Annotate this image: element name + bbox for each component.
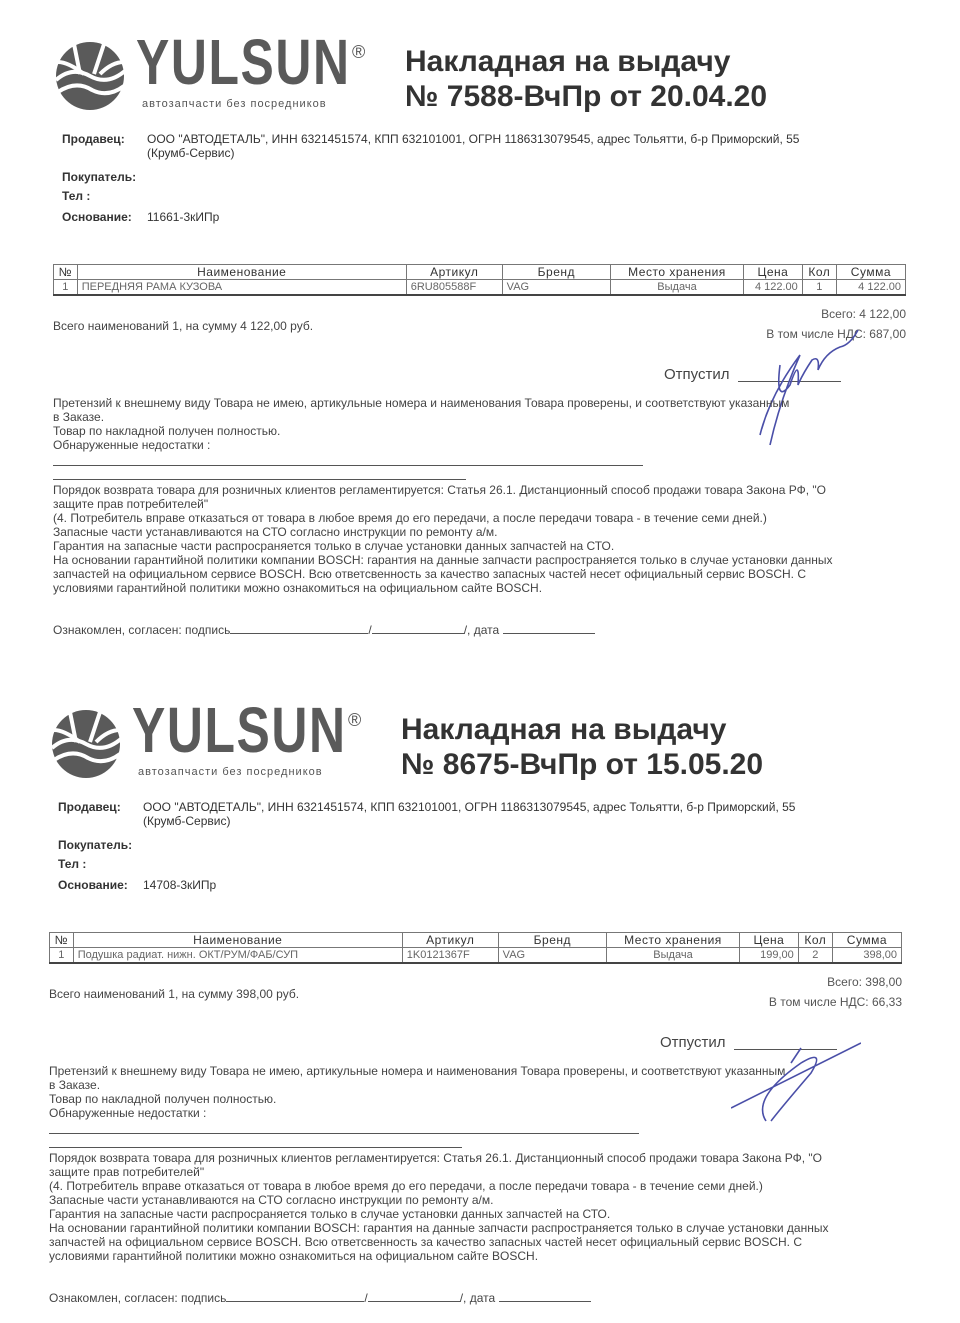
table-row: 1ПЕРЕДНЯЯ РАМА КУЗОВА6RU805588FVAGВыдача… (54, 280, 906, 296)
cell-storage: Выдача (606, 948, 739, 964)
column-header-name: Наименование (77, 265, 406, 280)
total-amount: Всего: 4 122,00 (821, 307, 906, 321)
table-body: 1ПЕРЕДНЯЯ РАМА КУЗОВА6RU805588FVAGВыдача… (54, 280, 906, 296)
return-terms: Порядок возврата товара для розничных кл… (49, 1151, 849, 1263)
claims-line: Претензий к внешнему виду Товара не имею… (49, 1064, 789, 1092)
cell-name: ПЕРЕДНЯЯ РАМА КУЗОВА (77, 280, 406, 296)
defects-line-1 (53, 465, 643, 466)
title-line-1: Накладная на выдачу (405, 44, 767, 79)
cell-qty: 1 (802, 280, 836, 296)
terms-paragraph: Запасные части устанавливаются на СТО со… (53, 525, 853, 539)
seller-branch: (Крумб-Сервис) (147, 146, 234, 160)
terms-paragraph: На основании гарантийной политики компан… (49, 1221, 849, 1263)
column-header-storage: Место хранения (610, 265, 743, 280)
acknowledgement-row: Ознакомлен, согласен: подпись//, дата (53, 622, 595, 637)
cell-number: 1 (54, 280, 78, 296)
cell-brand: VAG (502, 280, 610, 296)
cell-price: 199,00 (740, 948, 799, 964)
title-line-1: Накладная на выдачу (401, 712, 763, 747)
table-body: 1Подушка радиат. нижн. ОКТ/РУМ/ФАБ/СУП1K… (50, 948, 902, 964)
terms-paragraph: Порядок возврата товара для розничных кл… (53, 483, 853, 511)
invoice-number-date: № 8675-ВчПр от 15.05.20 (401, 747, 763, 782)
seller-row: Продавец: ООО "АВТОДЕТАЛЬ", ИНН 63214515… (62, 132, 125, 146)
column-header-brand: Бренд (498, 933, 606, 948)
claims-statement: Претензий к внешнему виду Товара не имею… (49, 1064, 789, 1120)
items-summary: Всего наименований 1, на сумму 4 122,00 … (53, 319, 313, 333)
ack-separator-2: /, (464, 623, 471, 637)
cell-sum: 398,00 (832, 948, 901, 964)
name-field[interactable] (372, 622, 464, 634)
ack-separator-2: /, (460, 1291, 467, 1305)
logo-brand-name: YULSUN (136, 30, 351, 94)
return-terms: Порядок возврата товара для розничных кл… (53, 483, 853, 595)
yulsun-sun-wave-logo-icon (46, 708, 126, 780)
buyer-row: Покупатель: (58, 838, 132, 852)
phone-row: Тел : (62, 189, 90, 203)
basis-label: Основание: (62, 210, 132, 224)
invoice-7588: YULSUN ® автозапчасти без посредников На… (0, 0, 960, 660)
registered-mark: ® (352, 42, 365, 63)
defects-line-1 (49, 1133, 639, 1134)
seller-value: ООО "АВТОДЕТАЛЬ", ИНН 6321451574, КПП 63… (147, 132, 799, 160)
seller-value: ООО "АВТОДЕТАЛЬ", ИНН 6321451574, КПП 63… (143, 800, 795, 828)
claims-statement: Претензий к внешнему виду Товара не имею… (53, 396, 793, 452)
phone-label: Тел : (58, 857, 86, 871)
items-summary: Всего наименований 1, на сумму 398,00 ру… (49, 987, 299, 1001)
date-label: дата (470, 1291, 495, 1305)
column-header-qty: Кол (798, 933, 832, 948)
terms-paragraph: На основании гарантийной политики компан… (53, 553, 853, 595)
basis-value: 11661-3кИПр (147, 210, 219, 224)
seller-details: ООО "АВТОДЕТАЛЬ", ИНН 6321451574, КПП 63… (147, 132, 799, 146)
cell-price: 4 122.00 (744, 280, 803, 296)
column-header-price: Цена (744, 265, 803, 280)
seller-details: ООО "АВТОДЕТАЛЬ", ИНН 6321451574, КПП 63… (143, 800, 795, 814)
claims-line: Претензий к внешнему виду Товара не имею… (53, 396, 793, 424)
column-header-article: Артикул (402, 933, 498, 948)
cell-sum: 4 122.00 (836, 280, 905, 296)
terms-paragraph: Гарантия на запасные части распросраняет… (49, 1207, 849, 1221)
registered-mark: ® (348, 710, 361, 731)
yulsun-sun-wave-logo-icon (50, 40, 130, 112)
cell-storage: Выдача (610, 280, 743, 296)
logo-tagline: автозапчасти без посредников (142, 98, 327, 110)
date-label: дата (474, 623, 499, 637)
column-header-article: Артикул (406, 265, 502, 280)
total-amount: Всего: 398,00 (827, 975, 902, 989)
terms-paragraph: Гарантия на запасные части распросраняет… (53, 539, 853, 553)
column-header-brand: Бренд (502, 265, 610, 280)
seller-branch: (Крумб-Сервис) (143, 814, 230, 828)
logo-tagline: автозапчасти без посредников (138, 766, 323, 778)
terms-paragraph: (4. Потребитель вправе отказаться от тов… (53, 511, 853, 525)
items-table: №НаименованиеАртикулБрендМесто храненияЦ… (49, 932, 902, 964)
items-table: №НаименованиеАртикулБрендМесто храненияЦ… (53, 264, 906, 296)
cell-name: Подушка радиат. нижн. ОКТ/РУМ/ФАБ/СУП (73, 948, 402, 964)
basis-value: 14708-3кИПр (143, 878, 216, 892)
column-header-sum: Сумма (836, 265, 905, 280)
ack-label: Ознакомлен, согласен: подпись (53, 623, 230, 637)
table-header-row: №НаименованиеАртикулБрендМесто храненияЦ… (50, 933, 902, 948)
released-by-label: Отпустил (664, 366, 730, 383)
phone-row: Тел : (58, 857, 86, 871)
claims-line: Товар по накладной получен полностью. (53, 424, 793, 438)
column-header-qty: Кол (802, 265, 836, 280)
basis-label: Основание: (58, 878, 128, 892)
seller-row: Продавец: ООО "АВТОДЕТАЛЬ", ИНН 63214515… (58, 800, 121, 814)
cell-article: 6RU805588F (406, 280, 502, 296)
seller-label: Продавец: (58, 800, 121, 814)
cell-number: 1 (50, 948, 74, 964)
released-by-label: Отпустил (660, 1034, 726, 1051)
claims-line: Товар по накладной получен полностью. (49, 1092, 789, 1106)
signature-field[interactable] (226, 1290, 364, 1302)
column-header-price: Цена (740, 933, 799, 948)
invoice-number-date: № 7588-ВчПр от 20.04.20 (405, 79, 767, 114)
ack-label: Ознакомлен, согласен: подпись (49, 1291, 226, 1305)
table-row: 1Подушка радиат. нижн. ОКТ/РУМ/ФАБ/СУП1K… (50, 948, 902, 964)
seller-label: Продавец: (62, 132, 125, 146)
defects-line-2 (49, 1147, 462, 1148)
acknowledgement-row: Ознакомлен, согласен: подпись//, дата (49, 1290, 591, 1305)
basis-row: Основание: 14708-3кИПр (58, 878, 128, 892)
terms-paragraph: (4. Потребитель вправе отказаться от тов… (49, 1179, 849, 1193)
column-header-number: № (50, 933, 74, 948)
cell-article: 1K0121367F (402, 948, 498, 964)
buyer-label: Покупатель: (58, 838, 132, 852)
date-field[interactable] (503, 622, 595, 634)
invoice-title: Накладная на выдачу № 8675-ВчПр от 15.05… (401, 712, 763, 782)
invoice-title: Накладная на выдачу № 7588-ВчПр от 20.04… (405, 44, 767, 114)
defects-line-2 (53, 479, 466, 480)
phone-label: Тел : (62, 189, 90, 203)
date-field[interactable] (499, 1290, 591, 1302)
claims-line: Обнаруженные недостатки : (53, 438, 793, 452)
cell-brand: VAG (498, 948, 606, 964)
cell-qty: 2 (798, 948, 832, 964)
column-header-name: Наименование (73, 933, 402, 948)
terms-paragraph: Запасные части устанавливаются на СТО со… (49, 1193, 849, 1207)
logo-brand-name: YULSUN (132, 698, 347, 762)
basis-row: Основание: 11661-3кИПр (62, 210, 132, 224)
signature-field[interactable] (230, 622, 368, 634)
table-header-row: №НаименованиеАртикулБрендМесто храненияЦ… (54, 265, 906, 280)
company-logo: YULSUN ® автозапчасти без посредников (46, 706, 376, 784)
invoice-8675: YULSUN ® автозапчасти без посредников На… (0, 668, 960, 1323)
name-field[interactable] (368, 1290, 460, 1302)
terms-paragraph: Порядок возврата товара для розничных кл… (49, 1151, 849, 1179)
company-logo: YULSUN ® автозапчасти без посредников (50, 38, 380, 116)
column-header-number: № (54, 265, 78, 280)
column-header-storage: Место хранения (606, 933, 739, 948)
buyer-label: Покупатель: (62, 170, 136, 184)
claims-line: Обнаруженные недостатки : (49, 1106, 789, 1120)
column-header-sum: Сумма (832, 933, 901, 948)
buyer-row: Покупатель: (62, 170, 136, 184)
